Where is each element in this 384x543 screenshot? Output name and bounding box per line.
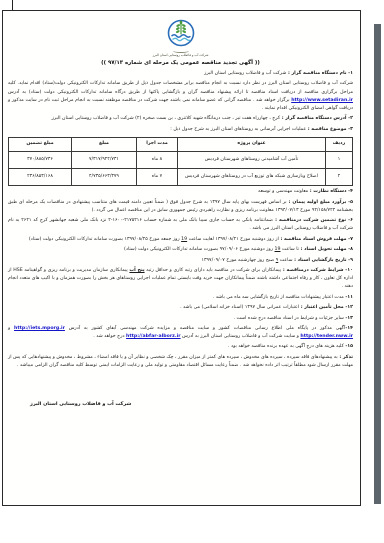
notice-page-frame: شرکت آب و فاضلاب روستایی استان البرز (( … (2, 10, 361, 506)
cell-guarantee: ۲۳۶/۸۵۳/۱۶۸ (9, 168, 72, 185)
col-header-guarantee: مبلغ تضمین (9, 137, 72, 151)
item-14-publication-sites: ۱۴-آگهی مذکور در پایگاه ملی اطلاع رسانی … (8, 325, 353, 341)
scanned-tender-notice-page: { "colors":{"link":"#1414c8","edge_strip… (0, 0, 384, 543)
table-row: ۱ تأمین آب آشامیدنی روستاهای شهرستان فرد… (9, 151, 353, 168)
projects-table: ردیف عنوان پروژه مدت اجرا مبلغ مبلغ تضمی… (8, 137, 353, 186)
text-segment: ۱۲- محل تأمین اعتبار : (299, 305, 353, 310)
text-segment: ۷- مهلت فروش اسناد مناقصه : (279, 237, 353, 242)
text-segment: کرج ، چهارراه هفت تیر ، جنب درمانگاه شهی… (52, 116, 281, 121)
text-segment: معاونت مهندسی و توسعه (258, 189, 308, 194)
url-link[interactable]: http://abfar-alborz.ir (126, 334, 181, 339)
text-segment: ساعت (278, 258, 292, 263)
logo-script-flourish (173, 49, 189, 53)
text-segment: به پیشنهادهای فاقد سپرده ، سپرده های مخد… (8, 355, 353, 368)
cell-project-title: اصلاح وبازسازی شبکه های توزیع آب در روست… (178, 168, 326, 185)
text-segment: و سایت شرکت آب و فاضلاب روستایی استان ال… (181, 334, 301, 339)
notice-header: شرکت آب و فاضلاب روستایی استان البرز (( … (8, 18, 353, 66)
url-link[interactable]: http://tender.nww.ir (300, 334, 353, 339)
cell-duration: ۷ ماه (137, 168, 178, 185)
text-segment: شرکت آب و فاضلاب روستایی استان البرز در … (8, 81, 353, 94)
cell-amount: ۷/۳۱۷/۹۲۴/۷۳۱ (72, 151, 137, 168)
signature-company-name: شرکت آب و فاضلاب روستایی استان البرز (8, 400, 353, 408)
text-segment: ۱۵- (345, 344, 353, 349)
text-segment: ۳- موضوع مناقصه : (306, 127, 353, 132)
text-segment: روز دوشنبه مورخ ۹۷/۰۹/۰۶ بصورت سامانه تد… (124, 247, 274, 252)
item-11-bid-validity: ۱۱- مدت اعتبار پیشنهادات مناقصه از تاریخ… (8, 294, 353, 302)
item-3-tender-subject: ۳- موضوع مناقصه : عملیات اجرایی آبرسانی … (8, 126, 353, 134)
text-segment: تذکر : (338, 355, 353, 360)
text-segment: درج خواهد شد . (93, 334, 126, 339)
text-segment: اعتبارات عمرانی سال ۱۳۹۷ (اسناد خزانه اس… (180, 305, 299, 310)
text-segment: ۶- نوع تضمین شرکت درمناقصه : (273, 218, 353, 223)
text-segment: ۱۴- (345, 326, 353, 331)
text-segment: پیمانکاران برای شرکت در مناقصه باید دارا… (145, 268, 281, 273)
company-logo (166, 18, 196, 48)
text-segment: پنج آب (129, 268, 144, 273)
item-8-submission-deadline: ۸- مهلت تحویل اسناد : تا ساعت 19 روز دوش… (8, 246, 353, 254)
cell-row-number: ۱ (326, 151, 353, 168)
text-segment: روز جمعه مورخ ۱۳۹۷/۰۸/۲۵ بصورت سامانه تد… (29, 237, 181, 242)
text-segment: ۱- نام دستگاه مناقصه گزار : (286, 71, 353, 76)
notice-body: ۱- نام دستگاه مناقصه گزار : شرکت آب و فا… (8, 70, 353, 408)
url-link[interactable]: http://www.setadiran.ir (291, 98, 353, 103)
text-segment: ۲- آدرس دستگاه مناقصه گزار : (280, 116, 353, 121)
text-segment: آگهی مذکور در پایگاه ملی اطلاع رسانی منا… (65, 326, 345, 331)
text-segment: شرکت آب و فاضلاب روستایی استان البرز (204, 71, 286, 76)
item-12-funding-source: ۱۲- محل تأمین اعتبار : اعتبارات عمرانی س… (8, 304, 353, 312)
item-5-initial-estimate: ۵- برآورد مبلغ اولیه پیمان : بر اساس فهر… (8, 199, 353, 215)
text-segment: ۱۰- شرایط شرکت درمناقصه : (281, 268, 353, 273)
col-header-amount: مبلغ (72, 137, 137, 151)
item-6-guarantee-type: ۶- نوع تضمین شرکت درمناقصه : ضمانتنامه ب… (8, 217, 353, 233)
text-segment: عملیات اجرایی آبرسانی به روستاهای استان … (170, 127, 306, 132)
col-header-duration: مدت اجرا (137, 137, 178, 151)
text-segment: ۸- مهلت تحویل اسناد : (299, 247, 353, 252)
text-segment: تا ساعت (280, 247, 298, 252)
col-header-row-number: ردیف (326, 137, 353, 151)
cell-amount: ۴/۷۳۵/۶۶۳/۳۷۹ (72, 168, 137, 185)
company-name-caption: شرکت آب و فاضلاب روستایی استان البرز (8, 53, 353, 57)
text-segment: صبح روز چهارشنبه مورخ ۱۳۹۷/۰۹/۰۷ (202, 258, 276, 263)
text-segment: از روز دوشنبه مورخ ۱۳۹۷/۰۸/۲۱ لغایت ساعت (187, 237, 279, 242)
text-segment: ۹- تاریخ بازگشایی اسناد : (293, 258, 354, 263)
notice-title: (( آگهی تجدید مناقصه عمومی یک مرحله ای ش… (8, 60, 353, 66)
cell-row-number: ۲ (326, 168, 353, 185)
text-segment: مدت اعتبار پیشنهادات مناقصه از تاریخ باز… (213, 295, 346, 300)
water-company-logo-icon (166, 18, 196, 48)
cell-guarantee: ۳۷۰/۸۸۵/۷۳۶ (9, 151, 72, 168)
text-segment: ۵- برآورد مبلغ اولیه پیمان : (287, 200, 353, 205)
cell-project-title: تأمین آب آشامیدنی روستاهای شهرستان فردیس (178, 151, 326, 168)
table-row: ۲ اصلاح وبازسازی شبکه های توزیع آب در رو… (9, 168, 353, 185)
col-header-project-title: عنوان پروژه (178, 137, 326, 151)
item-15-advertising-costs: ۱۵- کلیه هزینه های درج آگهی به عهده برند… (8, 343, 353, 351)
url-link[interactable]: http://iets.mporg.ir (14, 326, 65, 331)
item-10-participation-conditions: ۱۰- شرایط شرکت درمناقصه : پیمانکاران برا… (8, 267, 353, 292)
item-4-supervision: ۴- دستگاه نظارت : معاونت مهندسی و توسعه (8, 188, 353, 196)
item-1-agency-name: ۱- نام دستگاه مناقصه گزار : شرکت آب و فا… (8, 70, 353, 78)
item-7-document-sale-deadline: ۷- مهلت فروش اسناد مناقصه : از روز دوشنب… (8, 236, 353, 244)
setad-procedure-paragraph: شرکت آب و فاضلاب روستایی استان البرز در … (8, 80, 353, 113)
text-segment: ۱۱- (345, 295, 353, 300)
remark-note: تذکر : به پیشنهادهای فاقد سپرده ، سپرده … (8, 354, 353, 370)
notice-content: شرکت آب و فاضلاب روستایی استان البرز (( … (8, 14, 353, 408)
cell-duration: ۸ ماه (137, 151, 178, 168)
item-13-other-details: ۱۳- سایر جزئیات و شرایط در اسناد مناقصه … (8, 315, 353, 323)
text-segment: سایر جزئیات و شرایط در اسناد مناقصه درج … (234, 316, 346, 321)
text-segment: ۴- دستگاه نظارت : (308, 189, 353, 194)
page-edge-strip (374, 24, 381, 504)
projects-table-header-row: ردیف عنوان پروژه مدت اجرا مبلغ مبلغ تضمی… (9, 137, 353, 151)
item-2-agency-address: ۲- آدرس دستگاه مناقصه گزار : کرج ، چهارر… (8, 115, 353, 123)
item-9-opening-date: ۹- تاریخ بازگشایی اسناد : ساعت ۹ صبح روز… (8, 257, 353, 265)
text-segment: کلیه هزینه های درج آگهی به عهده برنده من… (228, 344, 345, 349)
text-segment: ۱۳- (345, 316, 353, 321)
